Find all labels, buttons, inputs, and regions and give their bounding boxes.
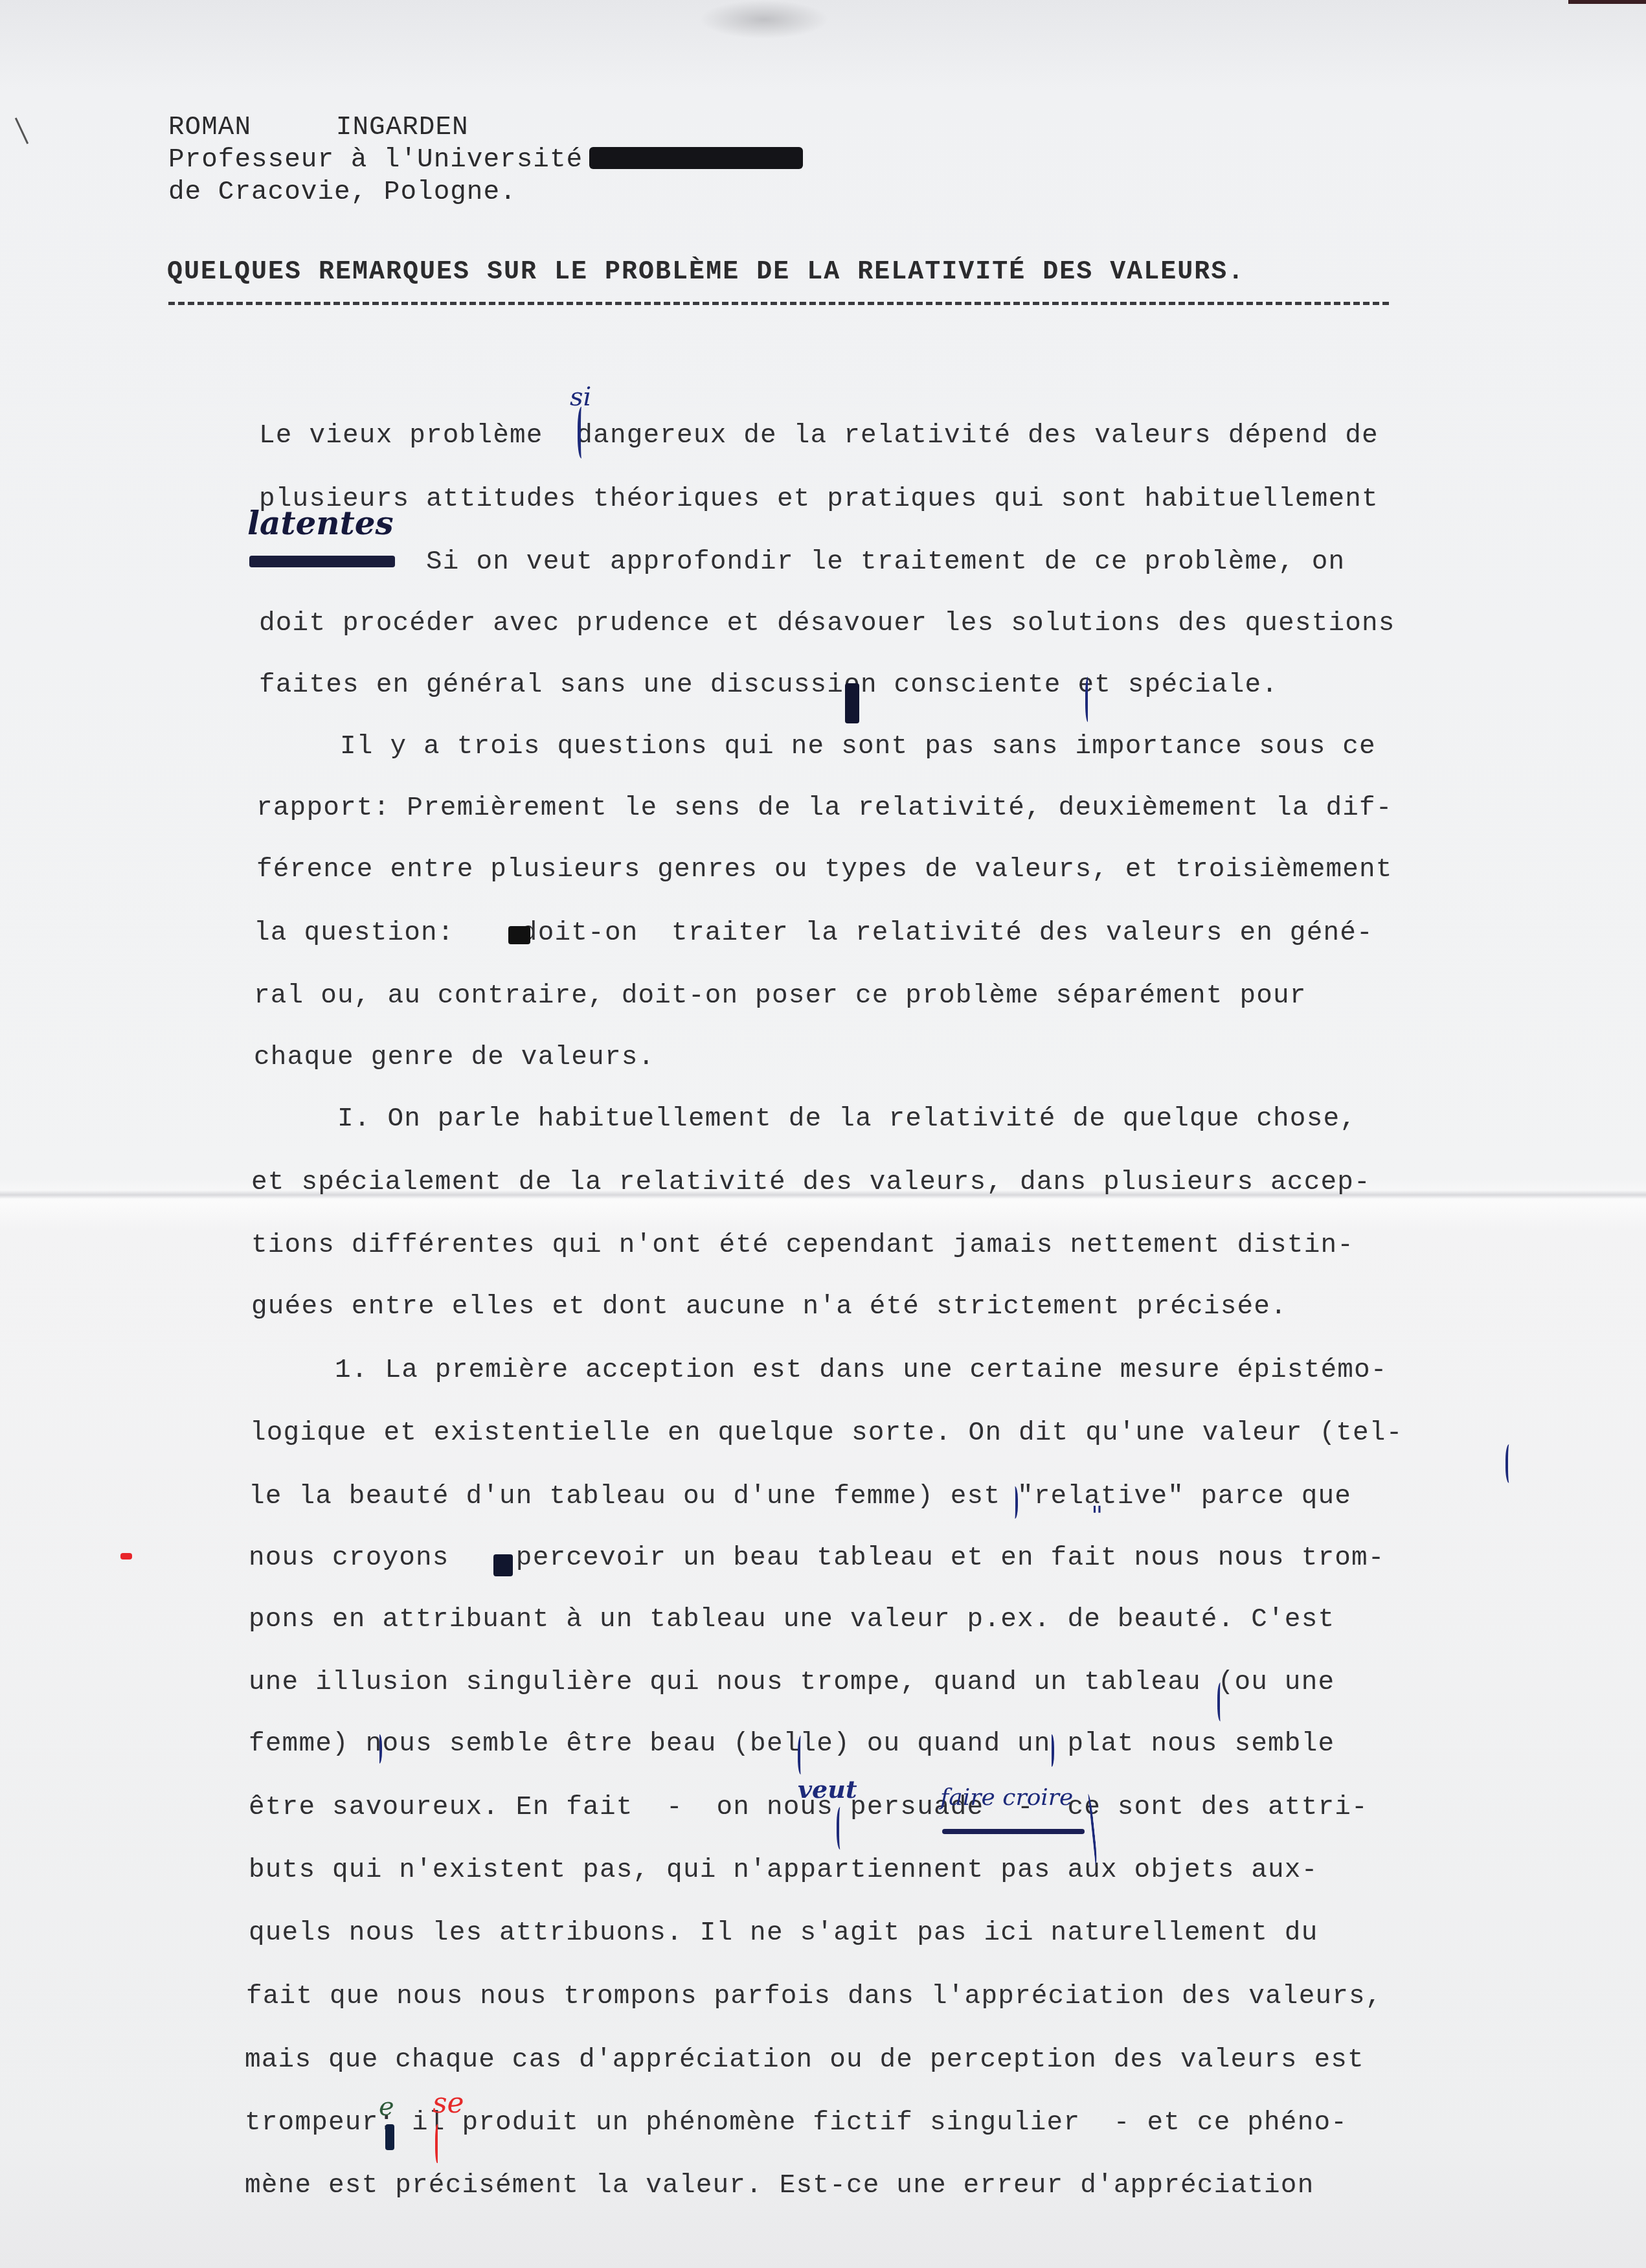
affiliation-line-1: Professeur à l'Université bbox=[168, 144, 803, 176]
affiliation-line-2: de Cracovie, Pologne. bbox=[168, 176, 803, 209]
handwritten-latentes: latentes bbox=[247, 504, 394, 542]
document-title: QUELQUES REMARQUES SUR LE PROBLÈME DE LA… bbox=[167, 258, 1245, 287]
document-page: ROMAN INGARDEN Professeur à l'Université… bbox=[0, 0, 1646, 2268]
body-line: guées entre elles et dont aucune n'a été… bbox=[251, 1292, 1287, 1322]
body-line: doit procéder avec prudence et désavouer… bbox=[259, 609, 1395, 639]
paper-corner-edge bbox=[1568, 0, 1646, 4]
body-line: nous croyons percevoir un beau tableau e… bbox=[249, 1543, 1385, 1573]
body-line: logique et existentielle en quelque sort… bbox=[250, 1418, 1403, 1448]
body-line: tions différentes qui n'ont été cependan… bbox=[251, 1230, 1354, 1260]
body-line: I. On parle habituellement de la relativ… bbox=[254, 1104, 1357, 1134]
body-line: férence entre plusieurs genres ou types … bbox=[256, 855, 1393, 885]
handwritten-insert-veut: veut bbox=[798, 1775, 857, 1804]
handwritten-parenthesis bbox=[1505, 1444, 1515, 1483]
handwritten-parenthesis bbox=[1010, 1486, 1018, 1519]
handwritten-correction-s bbox=[1085, 677, 1092, 722]
insertion-bracket bbox=[837, 1807, 846, 1850]
body-line: femme) nous semble être beau (belle) ou … bbox=[249, 1729, 1335, 1759]
body-line: le la beauté d'un tableau ou d'une femme… bbox=[249, 1482, 1351, 1512]
insertion-caret bbox=[578, 407, 587, 459]
body-line: et spécialement de la relativité des val… bbox=[251, 1168, 1371, 1197]
affiliation-text: Professeur à l'Université bbox=[168, 145, 583, 175]
body-line: Si on veut approfondir le traitement de … bbox=[259, 547, 1345, 577]
redaction-blot bbox=[589, 147, 803, 169]
struck-out-word bbox=[249, 556, 395, 567]
handwritten-insert-faire-croire: faire croire bbox=[940, 1784, 1073, 1811]
body-line: pons en attribuant à un tableau une vale… bbox=[249, 1605, 1335, 1635]
body-line: quels nous les attribuons. Il ne s'agit … bbox=[249, 1918, 1318, 1948]
handwritten-parenthesis bbox=[376, 1734, 382, 1763]
handwritten-correction-strike bbox=[385, 2124, 394, 2150]
body-line: mais que chaque cas d'appréciation ou de… bbox=[245, 2045, 1364, 2075]
handwritten-parenthesis bbox=[1217, 1683, 1225, 1721]
body-line: 1. La première acception est dans une ce… bbox=[251, 1355, 1388, 1385]
handwritten-parenthesis bbox=[798, 1736, 806, 1775]
body-line: plusieurs attitudes théoriques et pratiq… bbox=[259, 484, 1379, 514]
red-insertion-caret bbox=[435, 2124, 440, 2163]
title-dashed-underline bbox=[168, 302, 1389, 305]
struck-out-persuade bbox=[942, 1829, 1085, 1834]
body-line: trompeur: il produit un phénomène fictif… bbox=[245, 2108, 1347, 2138]
body-line: rapport: Premièrement le sens de la rela… bbox=[256, 793, 1393, 823]
paper-smudge bbox=[699, 0, 829, 39]
handwritten-parenthesis bbox=[1048, 1734, 1054, 1767]
handwritten-red-se: se bbox=[433, 2087, 464, 2120]
author-header: ROMAN INGARDEN Professeur à l'Université… bbox=[168, 111, 803, 209]
handwritten-correction-e: e bbox=[379, 2092, 394, 2122]
typed-erasure-blot bbox=[493, 1554, 513, 1576]
typed-erasure-blot bbox=[508, 926, 530, 944]
body-line: Il y a trois questions qui ne sont pas s… bbox=[256, 732, 1376, 762]
red-margin-mark bbox=[120, 1553, 132, 1559]
body-line: ral ou, au contraire, doit-on poser ce p… bbox=[254, 981, 1307, 1011]
body-line: faites en général sans une discussion co… bbox=[259, 670, 1278, 700]
body-line: la question: doit-on traiter la relativi… bbox=[254, 918, 1373, 948]
body-line: une illusion singulière qui nous trompe,… bbox=[249, 1668, 1335, 1697]
margin-pencil-tick bbox=[15, 117, 28, 144]
body-line: Le vieux problème dangereux de la relati… bbox=[259, 421, 1379, 451]
body-line: buts qui n'existent pas, qui n'appartien… bbox=[249, 1855, 1318, 1885]
body-line: chaque genre de valeurs. bbox=[254, 1043, 655, 1072]
handwritten-correction-c bbox=[845, 683, 859, 723]
body-line: mène est précisément la valeur. Est-ce u… bbox=[245, 2171, 1314, 2201]
author-name: ROMAN INGARDEN bbox=[168, 111, 803, 144]
body-line: fait que nous nous trompons parfois dans… bbox=[246, 1982, 1382, 2012]
handwritten-quote-mark: " bbox=[1091, 1501, 1103, 1531]
